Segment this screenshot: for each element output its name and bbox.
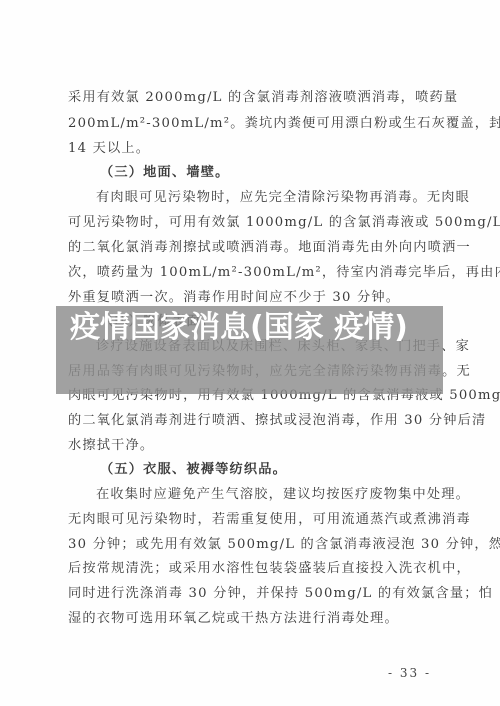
body-text-line: 采用有效氯 2000mg/L 的含氯消毒剂溶液喷洒消毒，喷药量 <box>68 90 458 106</box>
body-text-line: 次，喷药量为 100mL/m²-300mL/m²，待室内消毒完毕后，再由内向 <box>68 265 500 281</box>
body-text-line: 同时进行洗涤消毒 30 分钟，并保持 500mg/L 的有效氯含量；怕 <box>68 586 493 602</box>
section-heading: （三）地面、墙壁。 <box>100 165 230 181</box>
body-text-line: 的二氧化氯消毒剂进行喷洒、擦拭或浸泡消毒，作用 30 分钟后清 <box>68 413 486 429</box>
page-number: - 33 - <box>388 666 431 680</box>
body-text-line: 200mL/m²-300mL/m²。粪坑内粪便可用漂白粉或生石灰覆盖，封闭 <box>68 116 500 132</box>
body-text-line: 有肉眼可见污染物时，应先完全清除污染物再消毒。无肉眼 <box>96 190 470 206</box>
body-text-line: 湿的衣物可选用环氧乙烷或干热方法进行消毒处理。 <box>68 611 399 627</box>
body-text-line: 可见污染物时，可用有效氯 1000mg/L 的含氯消毒液或 500mg/L <box>68 215 500 231</box>
body-text-line: 在收集时应避免产生气溶胶，建议均按医疗废物集中处理。 <box>96 487 470 503</box>
body-text-line: 的二氧化氯消毒剂擦拭或喷洒消毒。地面消毒先由外向内喷洒一 <box>68 240 471 256</box>
section-heading: （五）衣服、被褥等纺织品。 <box>100 462 287 478</box>
body-text-line: 外重复喷洒一次。消毒作用时间应不少于 30 分钟。 <box>68 290 400 306</box>
body-text-line: 后按常规清洗；或采用水溶性包装袋盛装后直接投入洗衣机中， <box>68 561 471 577</box>
body-text-line: 14 天以上。 <box>68 141 150 157</box>
overlay-title: 疫情国家消息(国家 疫情) <box>70 311 410 345</box>
body-text-line: 水擦拭干净。 <box>68 438 154 454</box>
body-text-line: 30 分钟；或先用有效氯 500mg/L 的含氯消毒液浸泡 30 分钟，然 <box>68 537 500 553</box>
body-text-line: 无肉眼可见污染物时，若需重复使用，可用流通蒸汽或煮沸消毒 <box>68 512 471 528</box>
